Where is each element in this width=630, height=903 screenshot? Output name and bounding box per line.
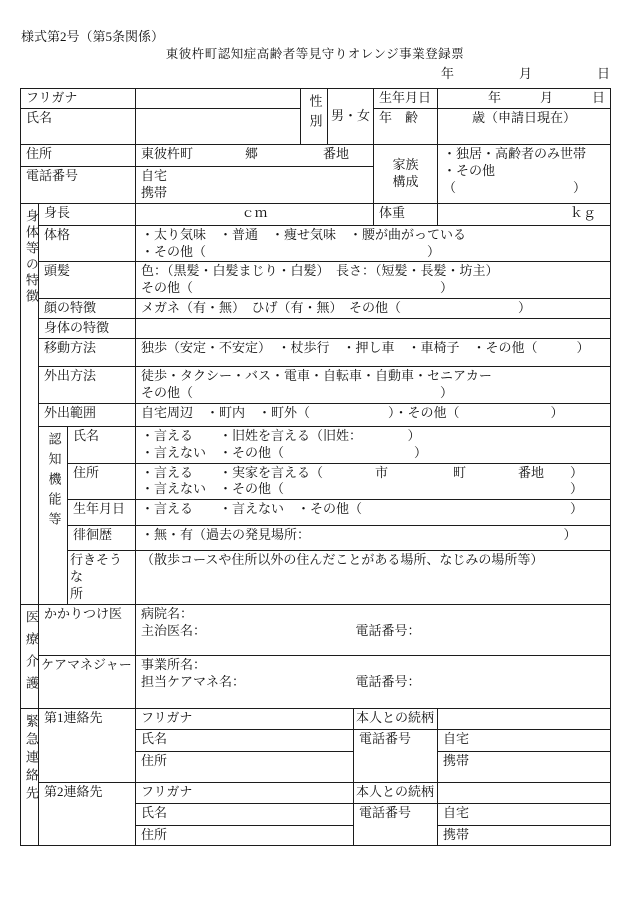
mobility-label: 移動方法 [39, 339, 136, 367]
age-label: 年 齢 [374, 109, 438, 145]
address-value-cell: 東彼杵町 郷 番地 [136, 144, 374, 166]
registration-table: フリガナ 性別 男・女 生年月日 年 月 日 氏名 年 齢 歳（申請日現在） 住… [20, 88, 611, 846]
contact1-phone-mobile-cell: 携帯 [438, 751, 611, 782]
contact2-phone-home-cell: 自宅 [438, 803, 611, 825]
name-label: 氏名 [21, 109, 136, 145]
contact1-name-label: 氏名 [136, 729, 354, 751]
physical-section-label: 身体等の特徴 [22, 209, 39, 305]
phone-value-cell: 自宅 携帯 [136, 166, 374, 203]
cognition-birth-label: 生年月日 [68, 500, 136, 526]
age-value-cell: 歳（申請日現在） [438, 109, 611, 145]
contact2-furigana-label: フリガナ [136, 782, 354, 803]
sex-label: 性別 [306, 94, 323, 134]
emergency-section-cell: 緊急連絡先 [21, 708, 39, 845]
build-value: ・太り気味 ・普通 ・痩せ気味 ・腰が曲がっている ・その他（ ） [136, 225, 611, 262]
contact2-phone-label: 電話番号 [354, 803, 438, 845]
build-label: 体格 [39, 225, 136, 262]
cognition-section-cell: 認知機能等 [39, 426, 68, 604]
furigana-label: フリガナ [21, 89, 136, 109]
cognition-address-value: ・言える ・実家を言える（ 市 町 番地 ） ・言えない ・その他（ ） [136, 463, 611, 500]
weight-label: 体重 [374, 203, 438, 225]
contact2-phone-mobile-cell: 携帯 [438, 825, 611, 845]
cognition-name-label: 氏名 [68, 426, 136, 463]
outing-method-label: 外出方法 [39, 367, 136, 404]
contact1-phone-home-cell: 自宅 [438, 729, 611, 751]
cognition-name-value: ・言える ・旧姓を言える（旧姓： ） ・言えない ・その他（ ） [136, 426, 611, 463]
contact1-phone-label: 電話番号 [354, 729, 438, 782]
contact2-relation-label: 本人との続柄 [354, 782, 438, 803]
contact1-furigana-label: フリガナ [136, 708, 354, 729]
sex-options: 男・女 [328, 89, 374, 145]
care-manager-label: ケアマネジャー [39, 655, 136, 708]
height-label: 身長 [39, 203, 136, 225]
emergency-section-label: 緊急連絡先 [22, 714, 39, 804]
hair-value: 色：（黒髪・白髪まじり・白髪） 長さ：（短髪・長髪・坊主） その他（ ） [136, 262, 611, 299]
doctor-label: かかりつけ医 [39, 605, 136, 656]
wandering-history-label: 徘徊歴 [68, 526, 136, 551]
birthdate-label: 生年月日 [374, 89, 438, 109]
mobility-value: 独歩（安定・不安定） ・杖歩行 ・押し車 ・車椅子 ・その他（ ） [136, 339, 611, 367]
phone-label: 電話番号 [21, 166, 136, 203]
form-number: 様式第2号（第5条関係） [21, 26, 164, 45]
contact1-relation-label: 本人との続柄 [354, 708, 438, 729]
contact2-relation-value-cell [438, 782, 611, 803]
contact1-label: 第1連絡先 [39, 708, 136, 782]
medical-section-label: 医療介護 [22, 610, 39, 698]
outing-method-value: 徒歩・タクシー・バス・電車・自転車・自動車・セニアカー その他（ ） [136, 367, 611, 404]
sex-label-cell: 性別 [301, 89, 328, 145]
care-manager-value: 事業所名： 担当ケアマネ名： 電話番号： [136, 655, 611, 708]
body-feature-value-cell [136, 319, 611, 339]
cognition-section-label: 認知機能等 [45, 432, 62, 532]
hair-label: 頭髪 [39, 262, 136, 299]
face-value: メガネ（有・無） ひげ（有・無） その他（ ） [136, 299, 611, 319]
contact2-address-label: 住所 [136, 825, 354, 845]
family-structure-value: ・独居・高齢者のみ世帯 ・その他 （ ） [438, 144, 611, 203]
outing-range-value: 自宅周辺 ・町内 ・町外（ ）・その他（ ） [136, 403, 611, 426]
page-title: 東彼杵町認知症高齢者等見守りオレンジ事業登録票 [0, 44, 630, 62]
medical-section-cell: 医療介護 [21, 605, 39, 709]
likely-places-label: 行きそうな 所 [68, 551, 136, 605]
cognition-birth-value: ・言える ・言えない ・その他（ ） [136, 500, 611, 526]
likely-places-value: （散歩コースや住所以外の住んだことがある場所、なじみの場所等） [136, 551, 611, 605]
contact1-address-label: 住所 [136, 751, 354, 782]
contact2-name-label: 氏名 [136, 803, 354, 825]
height-value-cell: ｃｍ [136, 203, 374, 225]
name-value-cell [136, 109, 301, 145]
weight-value-cell: ｋｇ [438, 203, 611, 225]
birthdate-value-cell: 年 月 日 [438, 89, 611, 109]
doctor-value: 病院名： 主治医名： 電話番号： [136, 605, 611, 656]
body-feature-label: 身体の特徴 [39, 319, 136, 339]
cognition-address-label: 住所 [68, 463, 136, 500]
furigana-value-cell [136, 89, 301, 109]
outing-range-label: 外出範囲 [39, 403, 136, 426]
family-structure-label: 家族 構成 [374, 144, 438, 203]
address-label: 住所 [21, 144, 136, 166]
contact2-label: 第2連絡先 [39, 782, 136, 845]
physical-section-cell: 身体等の特徴 [21, 203, 39, 604]
wandering-history-value: ・無・有（過去の発見場所： ） [136, 526, 611, 551]
registration-form-page: 様式第2号（第5条関係） 東彼杵町認知症高齢者等見守りオレンジ事業登録票 年 月… [0, 0, 630, 903]
contact1-relation-value-cell [438, 708, 611, 729]
date-line: 年 月 日 [441, 63, 610, 82]
face-label: 顔の特徴 [39, 299, 136, 319]
